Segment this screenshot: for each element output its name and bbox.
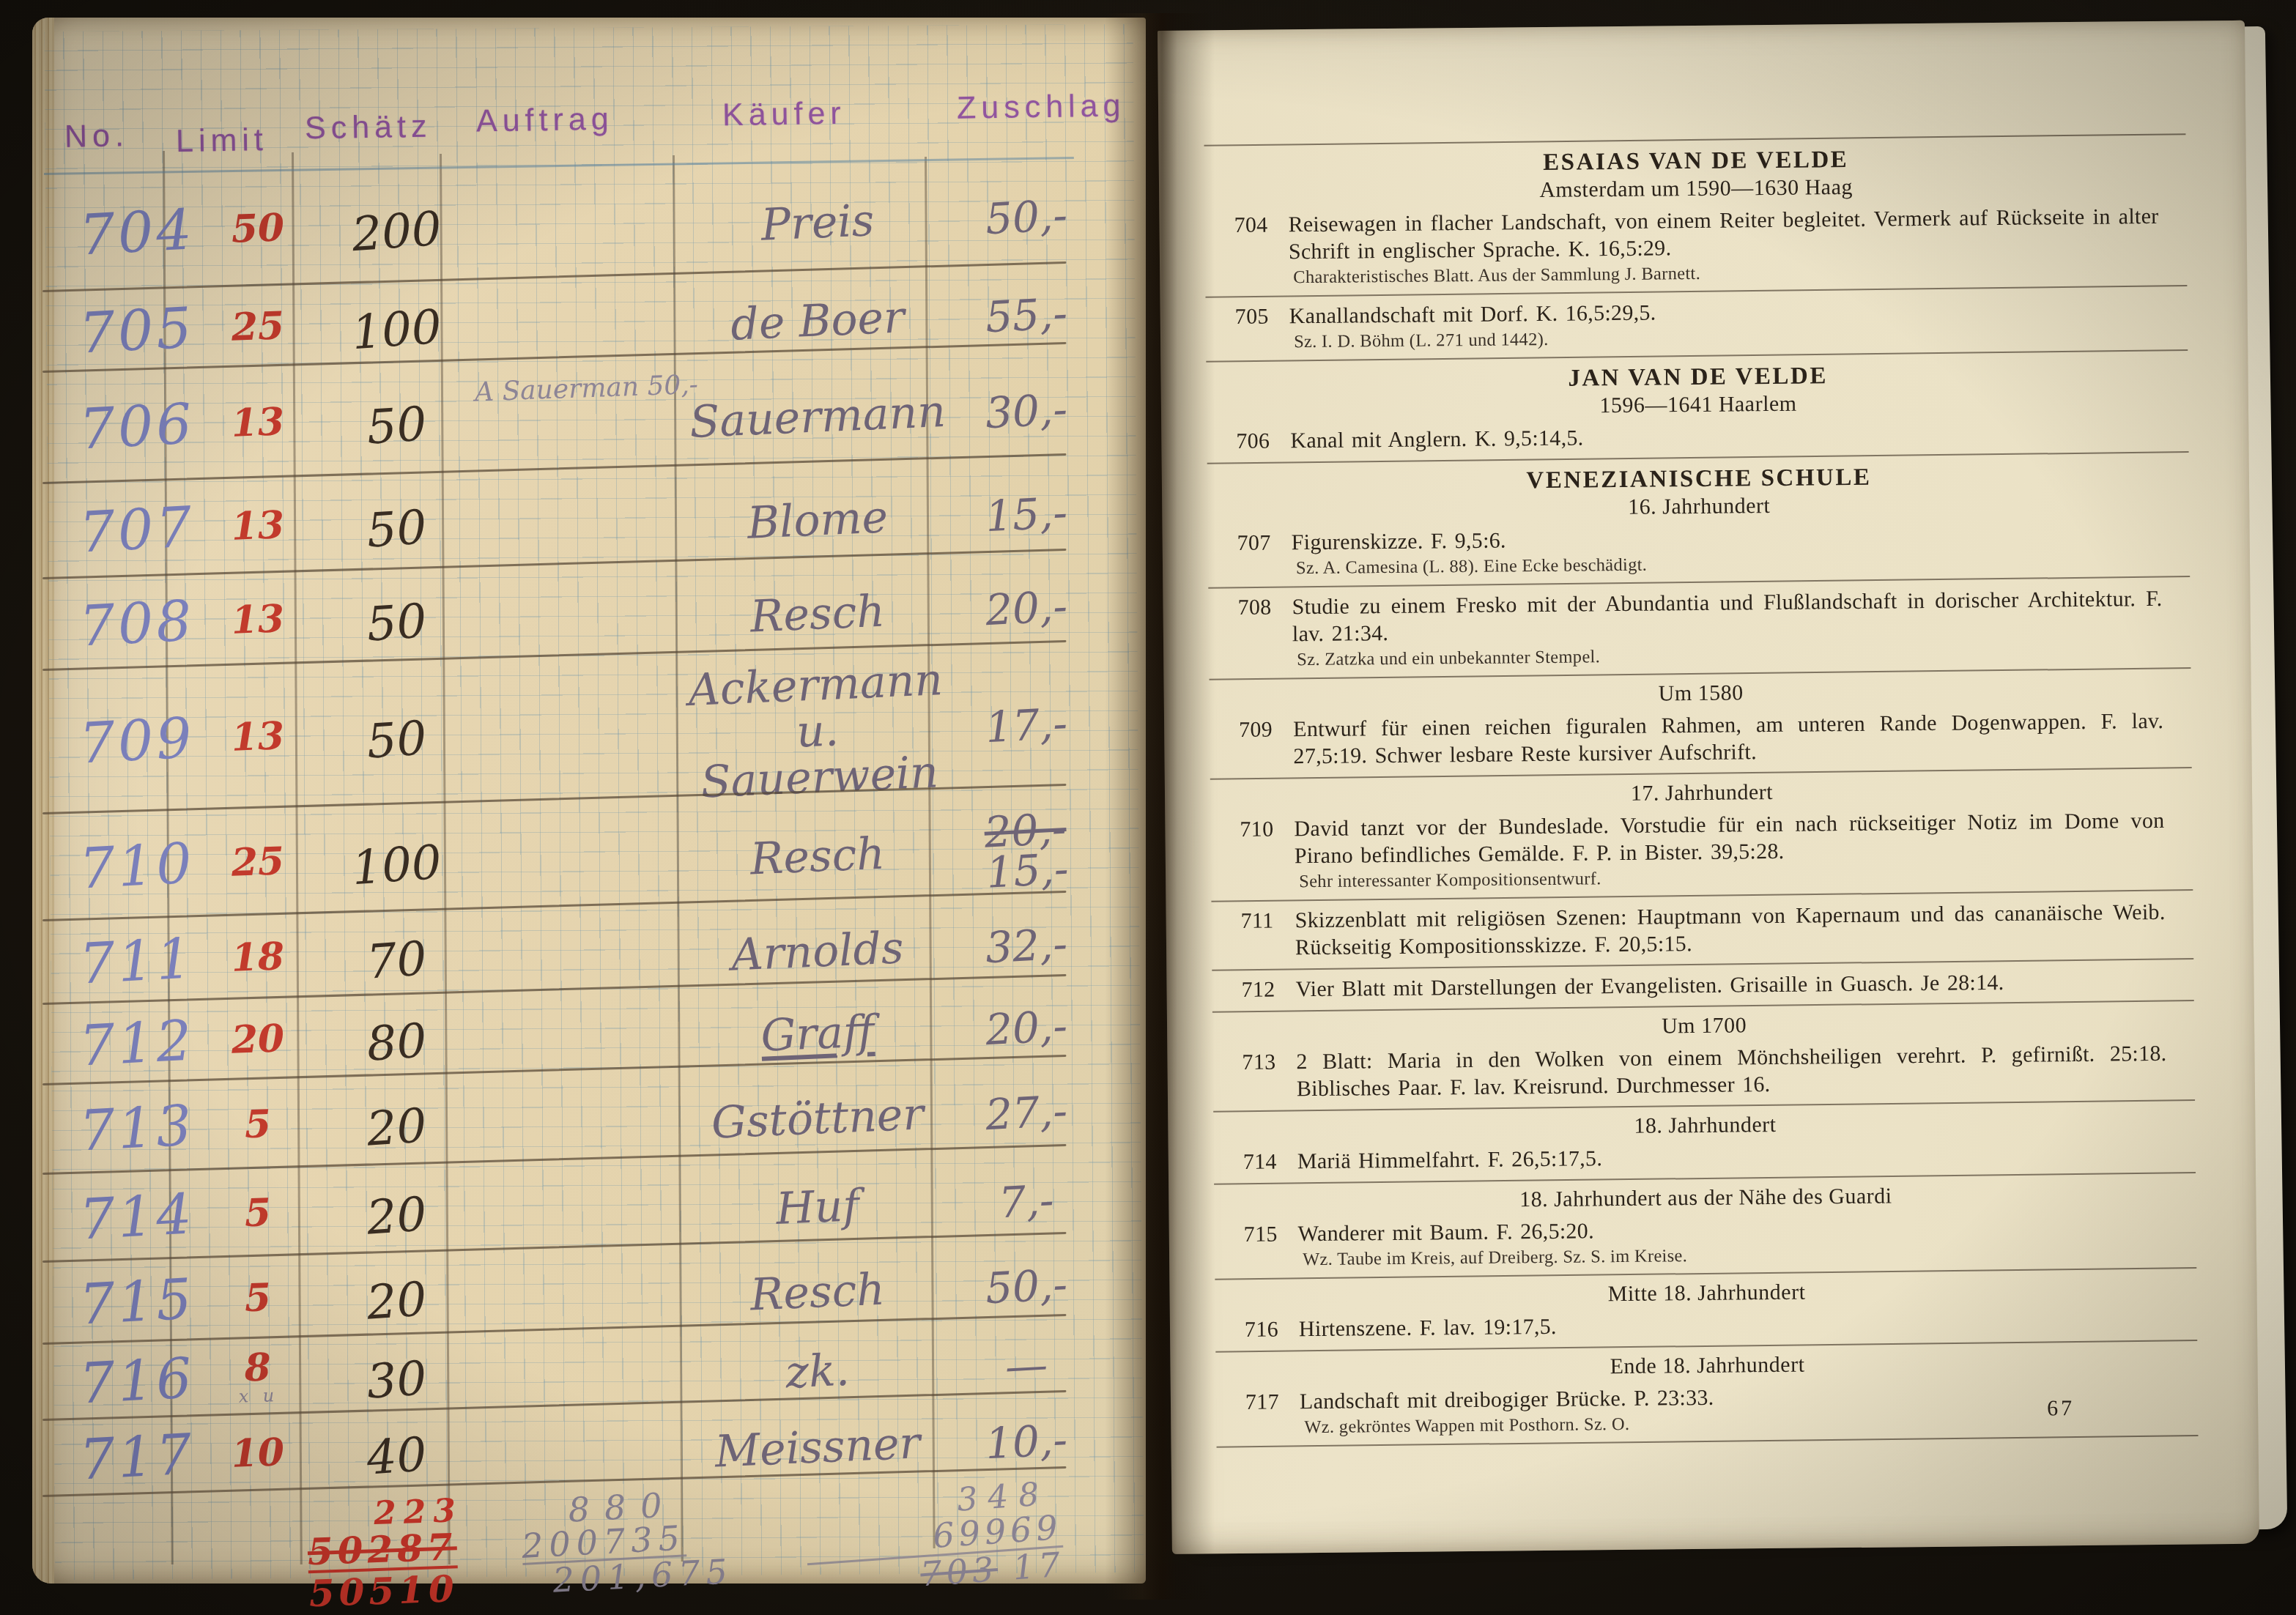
section-subheading: Um 1700 <box>1242 1009 2166 1043</box>
auction-book-photo: No. Limit Schätz Auftrag Käufer Zuschlag… <box>0 0 2296 1615</box>
section-subheading: 17. Jahrhundert <box>1240 776 2164 810</box>
lot-number: 705 <box>78 294 196 365</box>
catalog-entry-713: 7132 Blatt: Maria in den Wolken von eine… <box>1242 1040 2167 1103</box>
estimate-value: 80 <box>324 1011 470 1074</box>
pencil-mark: x u <box>199 1384 319 1408</box>
limit-value: 25 <box>197 302 319 352</box>
lot-number: 710 <box>1240 816 1273 843</box>
estimate-value: 70 <box>324 929 470 992</box>
lot-number: 716 <box>1245 1315 1278 1343</box>
hammer-price: 15,- <box>956 491 1097 539</box>
lot-number: 706 <box>78 390 196 461</box>
lot-number: 708 <box>78 587 196 658</box>
buyer-name: zk. <box>670 1343 965 1401</box>
totals-zuschlag-column: 348 69969 703 17 <box>802 1477 1065 1600</box>
ledger-row-704: 70450200Preis50,- <box>32 174 1146 290</box>
limit-value: 18 <box>197 933 319 982</box>
limit-value: 10 <box>197 1429 319 1478</box>
catalog-page: ESAIAS VAN DE VELDEAmsterdam um 1590—163… <box>1158 21 2259 1554</box>
ledger-row-715: 715520Resch50,- <box>32 1261 1146 1343</box>
ledger-row-705: 70525100de Boer55,- <box>32 290 1146 371</box>
lot-number: 710 <box>78 830 196 901</box>
buyer-name: Preis <box>670 194 965 253</box>
estimate-value: 50 <box>324 708 470 772</box>
hammer-price: 10,- <box>956 1419 1097 1466</box>
limit-value: 5 <box>197 1100 319 1149</box>
estimate-value: 50 <box>324 394 470 458</box>
hammer-price: — <box>956 1343 1097 1390</box>
hammer-price: 27,- <box>956 1090 1097 1137</box>
column-header-zuschlag: Zuschlag <box>957 88 1126 127</box>
section-subheading: 18. Jahrhundert <box>1243 1109 2167 1143</box>
buyer-name: Resch <box>670 1263 965 1322</box>
ledger-row-712: 7122080Graff20,- <box>32 1003 1146 1083</box>
buyer-name: Resch <box>670 828 965 886</box>
hammer-price: 30,- <box>956 388 1097 436</box>
lot-number: 713 <box>1242 1049 1275 1076</box>
ledger-row-716: 7168x u30zk.— <box>32 1343 1146 1419</box>
hammer-price: 50,- <box>956 1263 1097 1311</box>
estimate-value: 50 <box>324 591 470 655</box>
hammer-price: 20,- <box>956 1005 1097 1052</box>
limit-value: 8x u <box>197 1343 319 1408</box>
lot-number: 708 <box>1237 594 1271 621</box>
buyer-name: Ackermann u. Sauerwein <box>668 656 967 807</box>
section-subheading: Um 1580 <box>1239 677 2163 710</box>
lot-number: 716 <box>78 1345 196 1416</box>
column-header-kaeufer: Käufer <box>722 96 846 134</box>
buyer-name: Arnolds <box>670 923 965 981</box>
column-header-limit: Limit <box>176 122 269 160</box>
lot-number: 711 <box>78 925 196 996</box>
catalog-entry-712: 712Vier Blatt mit Darstellungen der Evan… <box>1241 968 2166 1003</box>
catalog-entry-709: 709Entwurf für einen reichen figuralen R… <box>1239 708 2164 771</box>
lot-number: 704 <box>1234 212 1267 239</box>
catalog-entry-716: 716Hirtenszene. F. lav. 19:17,5. <box>1245 1307 2169 1343</box>
limit-value: 20 <box>197 1015 319 1064</box>
hammer-price: 20,- <box>956 584 1097 632</box>
estimate-value: 20 <box>324 1269 470 1333</box>
estimate-value: 100 <box>324 298 470 362</box>
hammer-price: 20,-15,- <box>955 807 1098 895</box>
catalog-entry-706: 706Kanal mit Anglern. K. 9,5:14,5. <box>1236 419 2160 455</box>
hammer-price: 17,- <box>956 702 1097 750</box>
column-header-no: No. <box>64 118 130 155</box>
lot-number: 712 <box>1241 976 1275 1003</box>
limit-value: 13 <box>197 502 319 551</box>
estimate-value: 20 <box>324 1096 470 1159</box>
section-subheading: Ende 18. Jahrhundert <box>1245 1349 2169 1383</box>
ledger-row-709: 7091350Ackermann u. Sauerwein17,- <box>32 669 1146 812</box>
lot-number: 704 <box>78 196 196 267</box>
lot-number: 707 <box>1237 530 1271 557</box>
buyer-name: Meissner <box>670 1419 965 1477</box>
estimate-value: 30 <box>324 1348 470 1412</box>
lot-number: 715 <box>1244 1221 1278 1248</box>
hammer-price: 55,- <box>956 292 1097 340</box>
section-subheading: Mitte 18. Jahrhundert <box>1244 1277 2169 1310</box>
hammer-price: 32,- <box>956 923 1097 970</box>
lot-number: 709 <box>78 705 196 776</box>
estimate-value: 50 <box>324 497 470 561</box>
lot-number: 709 <box>1239 716 1273 743</box>
catalog-entry-704: 704Reisewagen in flacher Landschaft, von… <box>1234 203 2159 266</box>
buyer-name: Sauermann <box>670 388 965 447</box>
limit-value: 13 <box>197 713 319 762</box>
buyer-name: Gstöttner <box>670 1090 965 1148</box>
section-subheading: 18. Jahrhundert aus der Nähe des Guardi <box>1243 1181 2168 1215</box>
lot-number: 712 <box>78 1007 196 1078</box>
catalog-entry-714: 714Mariä Himmelfahrt. F. 26,5:17,5. <box>1243 1140 2168 1176</box>
buyer-name: de Boer <box>670 292 965 351</box>
total-value: 50510 <box>308 1565 459 1612</box>
estimate-value: 20 <box>324 1184 470 1248</box>
lot-number: 706 <box>1236 428 1270 455</box>
limit-value: 13 <box>197 398 319 448</box>
column-header-auftrag: Auftrag <box>476 102 614 140</box>
ledger-row-706: 7061350A Sauerman 50,-Sauermann30,- <box>32 371 1146 482</box>
lot-number: 717 <box>1245 1388 1279 1415</box>
lot-number: 715 <box>78 1266 196 1337</box>
limit-value: 25 <box>197 838 319 887</box>
lot-number: 707 <box>78 494 196 565</box>
limit-value: 5 <box>197 1274 319 1323</box>
estimate-value: 40 <box>324 1425 470 1488</box>
hammer-price: 7,- <box>956 1178 1097 1226</box>
ledger-row-710: 71025100Resch20,-15,- <box>32 812 1146 919</box>
catalog-entry-708: 708Studie zu einem Fresko mit der Abunda… <box>1237 585 2163 648</box>
lot-number: 714 <box>78 1181 196 1252</box>
limit-value: 13 <box>197 595 319 644</box>
lot-number: 714 <box>1243 1148 1277 1176</box>
catalog-entry-710: 710David tanzt vor der Bundeslade. Vorst… <box>1240 807 2165 870</box>
lot-number: 711 <box>1240 907 1273 935</box>
buyer-name: Blome <box>670 491 965 550</box>
limit-value: 50 <box>197 204 319 253</box>
buyer-name: Graff <box>670 1005 965 1063</box>
lot-number: 717 <box>78 1421 196 1492</box>
lot-number: 713 <box>78 1092 196 1163</box>
estimate-value: 200 <box>324 200 470 264</box>
estimate-value: 100 <box>324 834 470 897</box>
catalog-content: ESAIAS VAN DE VELDEAmsterdam um 1590—163… <box>1233 128 2170 1453</box>
page-number: 67 <box>2047 1396 2075 1421</box>
lot-number: 705 <box>1235 303 1269 330</box>
hammer-price: 50,- <box>956 194 1097 242</box>
limit-value: 5 <box>197 1189 319 1238</box>
struck-price: 20,- <box>983 803 1067 858</box>
buyer-name: Resch <box>670 584 965 643</box>
column-header-schaetz: Schätz <box>305 109 432 147</box>
ledger-row-711: 7111870Arnolds32,- <box>32 919 1146 1003</box>
buyer-name: Huf <box>670 1178 965 1237</box>
catalog-entry-711: 711Skizzenblatt mit religiösen Szenen: H… <box>1240 899 2166 962</box>
